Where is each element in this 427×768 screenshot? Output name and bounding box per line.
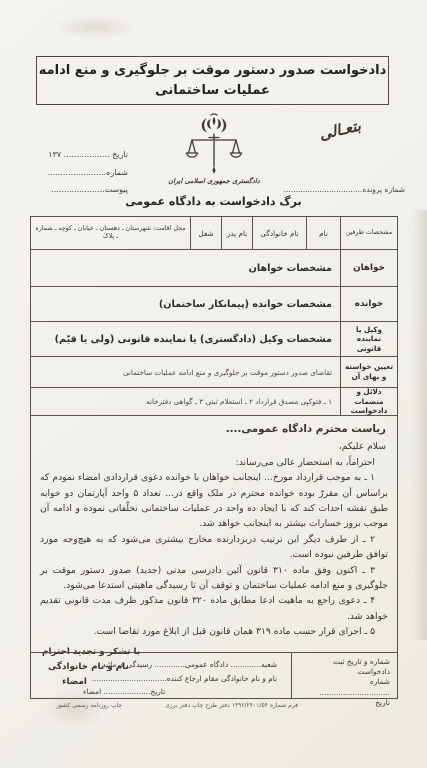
registration-dots: .............................. (299, 688, 390, 698)
row-content-defendant: مشخصات خوانده (پیمانکار ساختمان) (31, 287, 340, 322)
header-name: نام (306, 217, 340, 250)
paragraph-5: ۵ ـ اجرای قرار حسب ماده ۳۱۹ همان قانون ق… (40, 624, 388, 639)
row-content-plaintiff: مشخصات خواهان (31, 250, 340, 287)
scan-smudge (50, 14, 140, 40)
row-content-evidence: ۱ ـ فتوکپی مصدق قرارداد ۲ ـ استعلام ثبتی… (31, 388, 340, 416)
paragraph-3: ۳ ـ اکنون وفق ماده ۳۱۰ قانون آئین دادرسی… (40, 563, 388, 594)
header-residence: محل اقامت: شهرستان ـ دهستان ـ خیابان ـ ک… (31, 217, 190, 250)
row-label-plaintiff: خواهان (340, 250, 397, 287)
row-content-attorney: مشخصات وکیل (دادگستری) یا نماینده قانونی… (31, 322, 340, 357)
registration-title: شماره و تاریخ ثبت دادخواست (299, 657, 390, 677)
paragraph-2: ۲ ـ از طرف دیگر این ترتیب دربردارنده مخا… (40, 532, 388, 563)
branch-line: شعبه............. دادگاه عمومی..........… (45, 658, 277, 672)
header-father-name: نام پدر (221, 217, 252, 250)
referral-cell: شعبه............. دادگاه عمومی..........… (31, 653, 291, 698)
form-main-box: مشخصات طرفین نام نام خانوادگی نام پدر شغ… (30, 216, 398, 699)
greeting-line: سلام علیکم، (40, 439, 386, 454)
paragraph-1: ۱ ـ به موجب قرارداد مورخ... اینجانب خواه… (40, 470, 388, 532)
header-family-name: نام خانوادگی (252, 217, 306, 250)
besmele-calligraphy: بتعـالی (318, 117, 363, 144)
row-label-claim: تعیین خواسته و بهای آن (340, 357, 397, 388)
header-parties: مشخصات طرفین (340, 217, 397, 250)
judiciary-scales-emblem-icon (184, 113, 244, 181)
number-line: شماره....................... (35, 164, 128, 182)
row-label-defendant: خوانده (340, 287, 397, 322)
date-number-attachment-block: تاریخ .................. ۱۳۷ شماره......… (35, 146, 128, 199)
petition-body: ریاست محترم دادگاه عمومی.... سلام علیکم،… (31, 416, 397, 652)
header-occupation: شغل (190, 217, 221, 250)
form-number-print: فرم شماره ۱۳۹۶/۲۴۰۱/۵۴ دفتر طرح چاپ دفتر… (165, 702, 298, 709)
parties-table: مشخصات طرفین نام نام خانوادگی نام پدر شغ… (31, 217, 397, 416)
date-line: تاریخ .................. ۱۳۷ (35, 146, 128, 164)
registration-date-label: تاریخ (299, 698, 390, 708)
registration-number-cell: شماره و تاریخ ثبت دادخواست شماره .......… (291, 653, 397, 698)
petition-form-page: دادخواست صدور دستور موقت بر جلوگیری و من… (0, 0, 427, 768)
case-number-line: شماره پرونده............................… (284, 185, 405, 194)
scan-edge-shadow (411, 210, 427, 640)
intro-line: احتراماً، به استحضار عالی می‌رساند: (40, 455, 388, 470)
document-title-line2: عملیات ساختمانی (37, 81, 388, 101)
form-heading: برگ دادخواست به دادگاه عمومی (0, 195, 427, 208)
row-label-attorney: وکیل یا نماینده قانونی (340, 322, 397, 357)
paragraph-4: ۴ ـ دعوی راجع به ماهیت ادعا مطابق ماده ۳… (40, 593, 388, 624)
court-salutation: ریاست محترم دادگاه عمومی.... (40, 422, 386, 437)
row-content-claim: تقاضای صدور دستور موقت بر جلوگیری و منع … (31, 357, 340, 388)
publisher-print: چاپ روزنامه رسمی کشور (56, 702, 122, 709)
document-title-line1: دادخواست صدور دستور موقت بر جلوگیری و من… (37, 61, 388, 81)
judiciary-emblem-caption: دادگستری جمهوری اسلامی ایران (166, 177, 262, 185)
row-label-evidence: دلائل و منضمات دادخواست (340, 388, 397, 416)
referrer-line: نام و نام خانوادگی مقام ارجاع کننده.....… (45, 672, 277, 686)
registration-number-label: شماره (299, 677, 390, 687)
registration-footer: شماره و تاریخ ثبت دادخواست شماره .......… (31, 652, 397, 698)
date-signature-line: تاریخ.................... امضاء (45, 685, 277, 699)
print-reference-line: فرم شماره ۱۳۹۶/۲۴۰۱/۵۴ دفتر طرح چاپ دفتر… (56, 702, 298, 709)
document-title-box: دادخواست صدور دستور موقت بر جلوگیری و من… (36, 56, 389, 105)
